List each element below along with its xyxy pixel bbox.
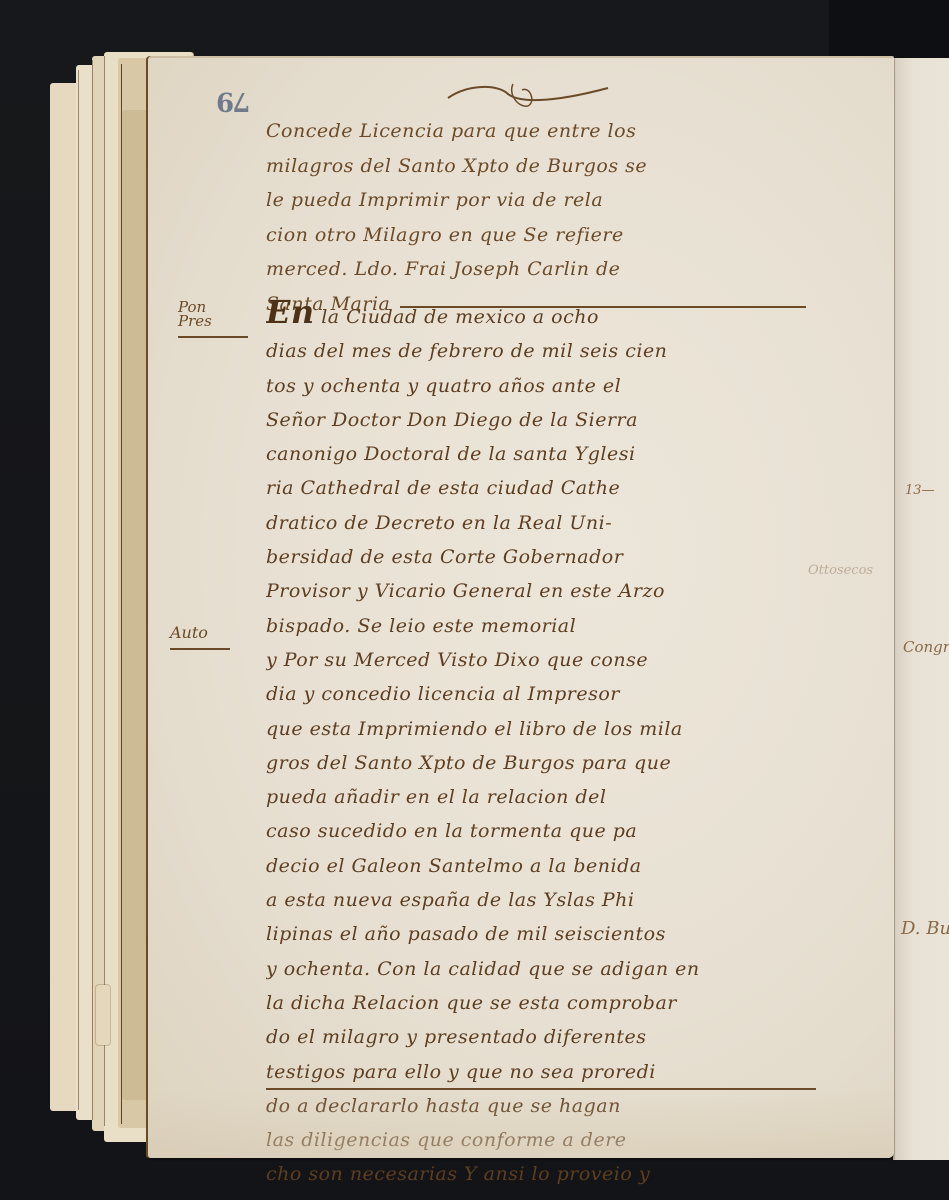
- body-line: ria Cathedral de esta ciudad Cathe: [266, 471, 806, 505]
- body-line: dratico de Decreto en la Real Uni-: [266, 506, 806, 540]
- body-line: cho son necesarias Y ansi lo proveio y: [266, 1157, 806, 1191]
- body-line: caso sucedido en la tormenta que pa: [266, 814, 806, 848]
- body-line: do el milagro y presentado diferentes: [266, 1020, 806, 1054]
- heading-line: cion otro Milagro en que Se refiere: [266, 218, 806, 253]
- manuscript-scene: 13— Congre D. Bu 79 Concede Licencia par…: [0, 0, 949, 1200]
- body-line: y ochenta. Con la calidad que se adigan …: [266, 952, 806, 986]
- flourish-ornament-icon: [438, 80, 618, 110]
- body-line: la dicha Relacion que se esta comprobar: [266, 986, 806, 1020]
- page-tab: [96, 985, 110, 1045]
- body-line: pueda añadir en el la relacion del: [266, 780, 806, 814]
- body-line: bispado. Se leio este memorial: [266, 609, 806, 643]
- facing-page-mark: Congre: [903, 638, 949, 656]
- body-line: canonigo Doctoral de la santa Yglesi: [266, 437, 806, 471]
- page-edge-stack: [122, 110, 150, 1100]
- body-line: gros del Santo Xpto de Burgos para que: [266, 746, 806, 780]
- scanner-backdrop: [829, 0, 949, 60]
- facing-page-mark: 13—: [905, 483, 935, 498]
- heading-line: milagros del Santo Xpto de Burgos se: [266, 149, 806, 184]
- manuscript-page: 79 Concede Licencia para que entre los m…: [148, 56, 894, 1158]
- body-line: Provisor y Vicario General en este Arzo: [266, 574, 806, 608]
- body-line: decio el Galeon Santelmo a la benida: [266, 849, 806, 883]
- body-line: que esta Imprimiendo el libro de los mil…: [266, 712, 806, 746]
- page-edge-line: [121, 64, 122, 1124]
- margin-note-pres: Pon Pres: [178, 300, 248, 338]
- facing-page: 13— Congre D. Bu: [893, 58, 949, 1160]
- facing-page-mark: D. Bu: [901, 918, 949, 939]
- body-line: dias del mes de febrero de mil seis cien: [266, 334, 806, 368]
- heading-line: Concede Licencia para que entre los: [266, 114, 806, 149]
- page-edge-line: [92, 60, 93, 1120]
- body-line: a esta nueva españa de las Yslas Phi: [266, 883, 806, 917]
- body-line: Señor Doctor Don Diego de la Sierra: [266, 403, 806, 437]
- page-edge-line: [78, 70, 79, 1110]
- body-line: dia y concedio licencia al Impresor: [266, 677, 806, 711]
- body-line: tos y ochenta y quatro años ante el: [266, 369, 806, 403]
- margin-note-auto: Auto: [170, 626, 230, 650]
- body-text: En la Ciudad de mexico a ocho dias del m…: [266, 295, 806, 1192]
- body-line: En la Ciudad de mexico a ocho: [266, 295, 806, 334]
- heading-summary: Concede Licencia para que entre los mila…: [266, 114, 806, 321]
- body-line: lipinas el año pasado de mil seiscientos: [266, 917, 806, 951]
- ink-bleed-mark: Ottosecos: [808, 563, 873, 578]
- folio-number: 79: [218, 86, 250, 116]
- body-line: bersidad de esta Corte Gobernador: [266, 540, 806, 574]
- page-edge-line: [104, 56, 105, 1126]
- dropcap: En: [266, 295, 315, 331]
- body-line: las diligencias que conforme a dere: [266, 1123, 806, 1157]
- heading-line: merced. Ldo. Frai Joseph Carlin de: [266, 252, 806, 287]
- body-line: y Por su Merced Visto Dixo que conse: [266, 643, 806, 677]
- body-line: testigos para ello y que no sea proredi: [266, 1055, 806, 1089]
- closing-rule: [266, 1088, 816, 1090]
- body-line: do a declararlo hasta que se hagan: [266, 1089, 806, 1123]
- heading-line: le pueda Imprimir por via de rela: [266, 183, 806, 218]
